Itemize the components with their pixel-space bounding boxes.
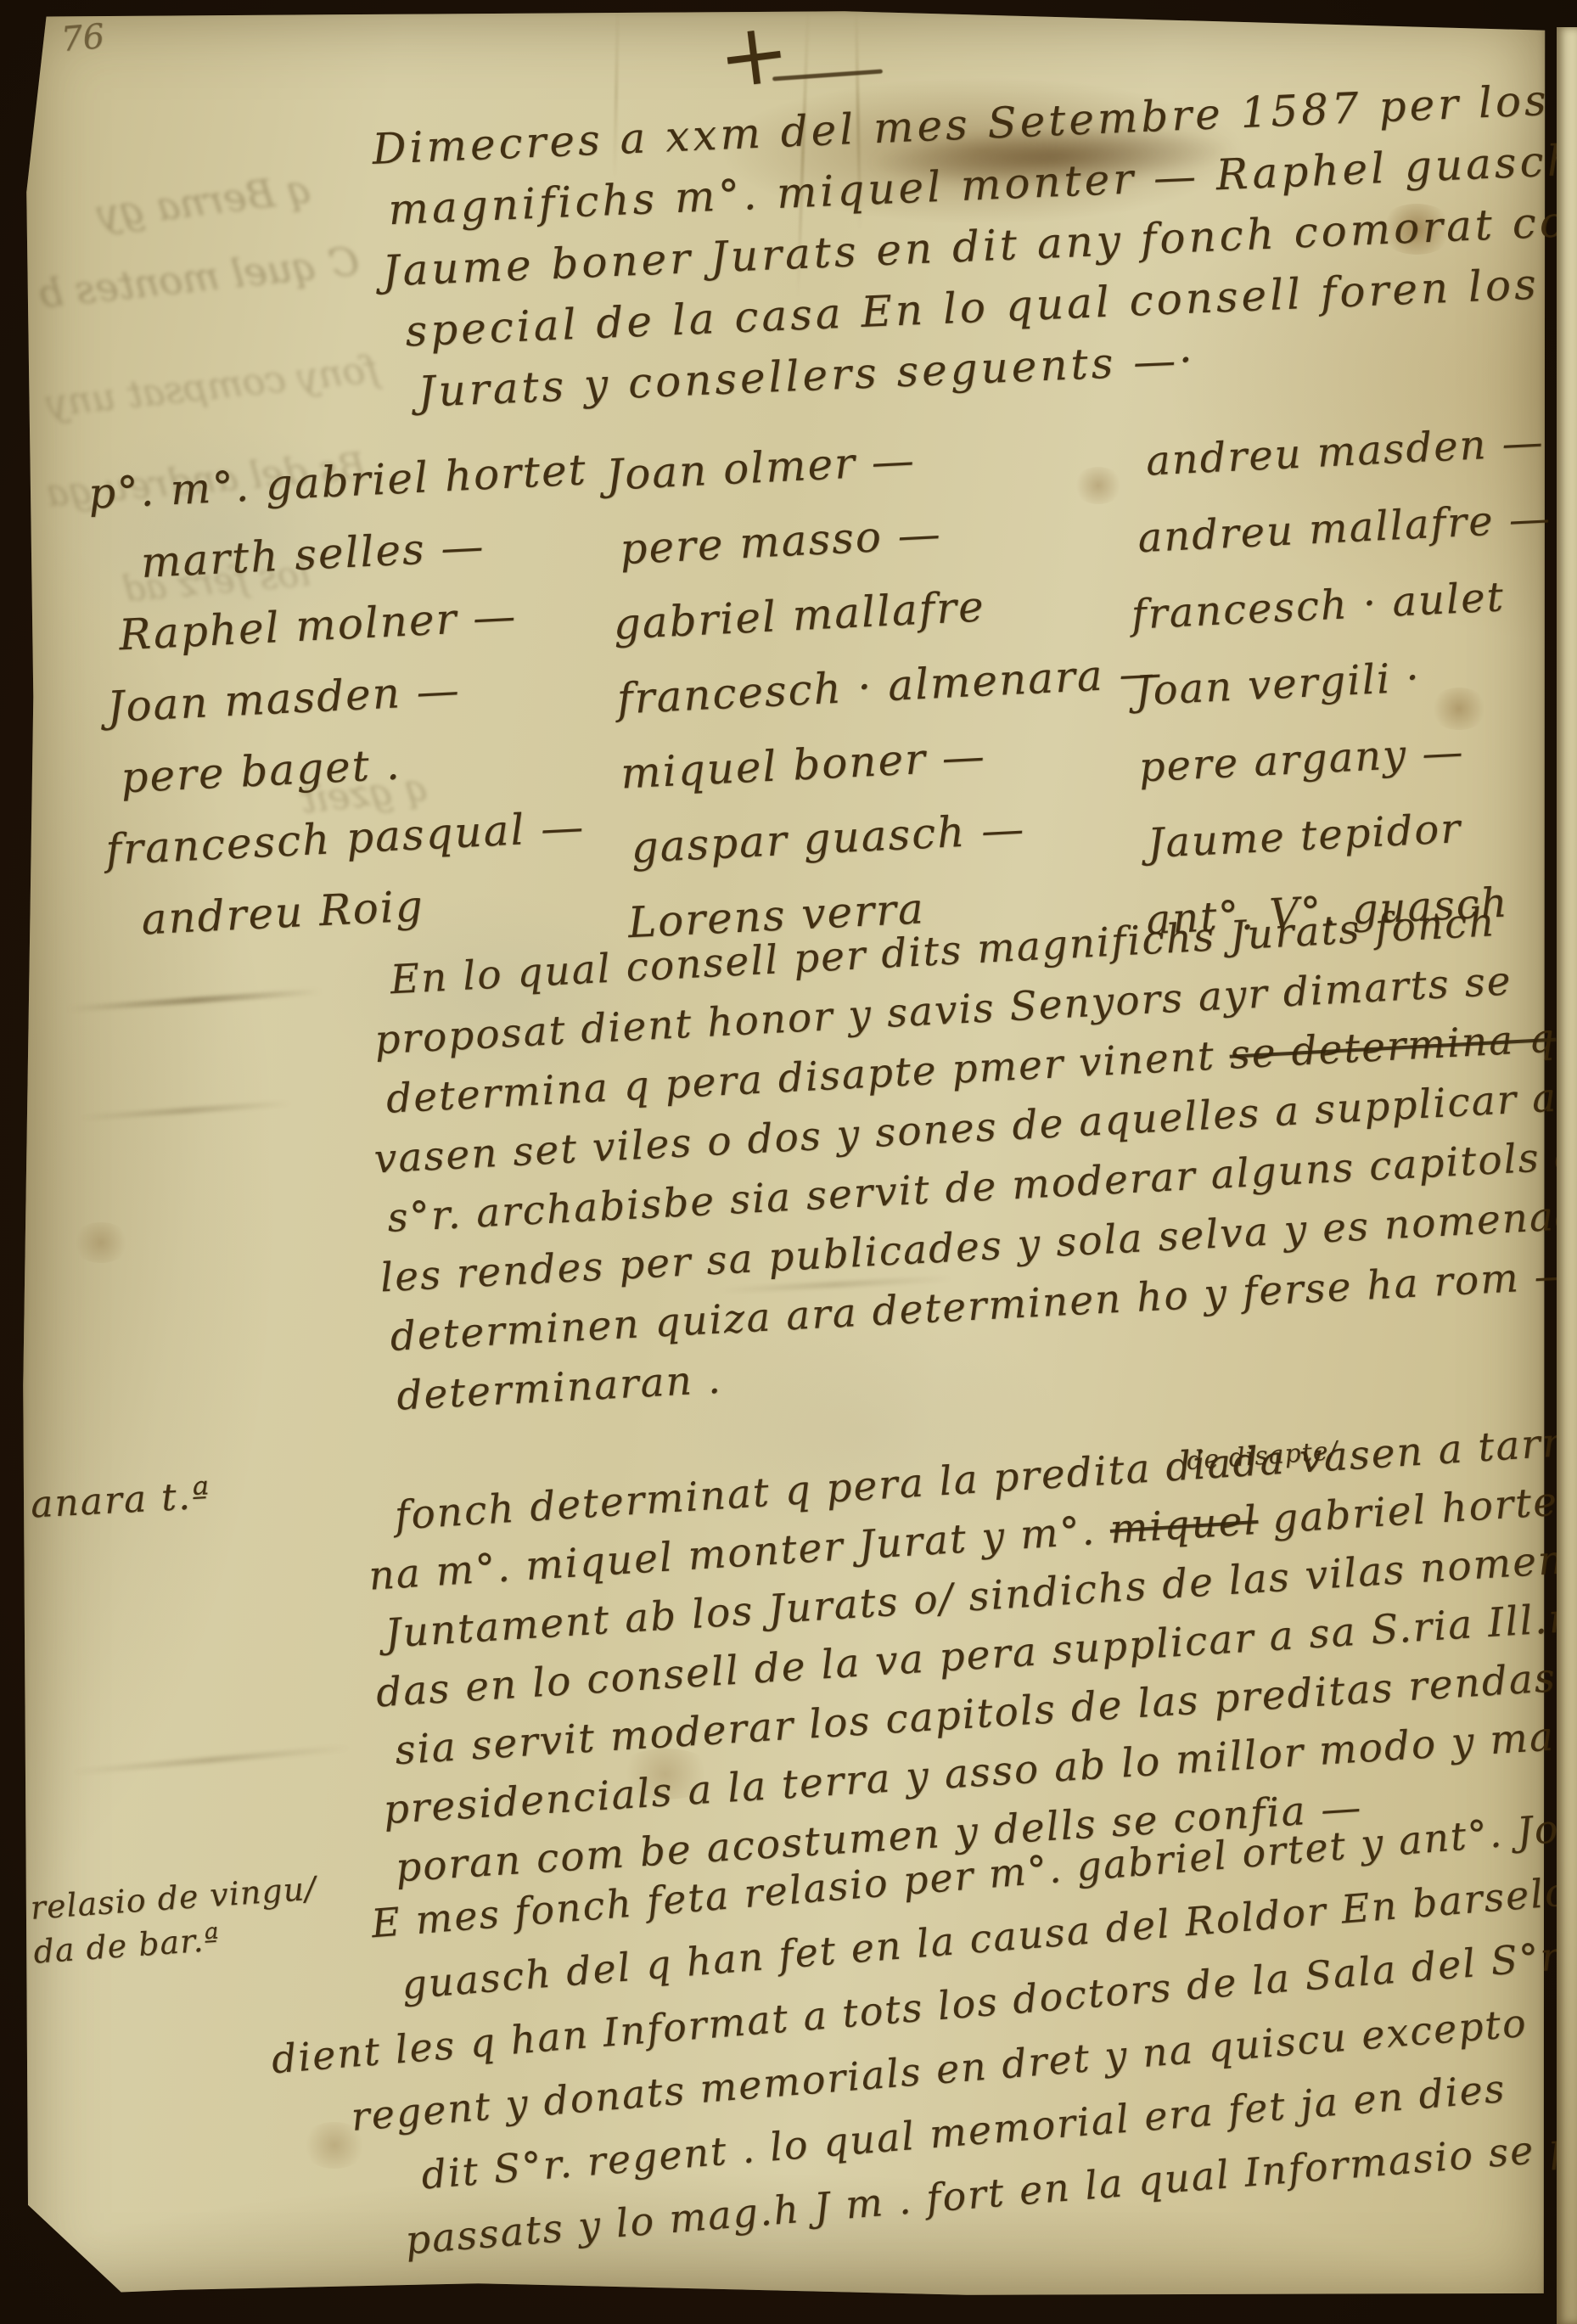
ink-smear — [80, 1100, 292, 1120]
stain-spot — [71, 1222, 131, 1263]
manuscript-scan: q Berna gy C quel montes b fony compsat … — [0, 0, 1577, 2324]
ink-smear — [71, 1745, 351, 1776]
adjacent-page-edge — [1557, 27, 1577, 2324]
struck-text: miquel — [1108, 1497, 1260, 1553]
attendees-column-2: Joan olmer — pere masso — gabriel mallaf… — [604, 412, 1176, 961]
ghost-bleedthrough: C quel montes b — [36, 238, 361, 317]
ghost-bleedthrough: q Berna gy — [95, 166, 315, 238]
attendees-column-1: p°. m°. gabriel hortet marth selles — Ra… — [87, 434, 609, 957]
ghost-bleedthrough: fony compsat uny — [44, 348, 380, 426]
attendees-column-3: andreu masden — andreu mallafre — france… — [1122, 404, 1572, 959]
folio-number: 76 — [59, 17, 106, 59]
ink-smear — [67, 989, 322, 1013]
cross-mark: + — [712, 1, 794, 108]
heading-paragraph: Dimecres a xxm del mes Setembre 1587 per… — [371, 64, 1577, 424]
resolution-paragraph: En lo qual consell per dits magnifichs J… — [363, 888, 1577, 1427]
struck-text: se determina q — [1228, 1015, 1557, 1079]
